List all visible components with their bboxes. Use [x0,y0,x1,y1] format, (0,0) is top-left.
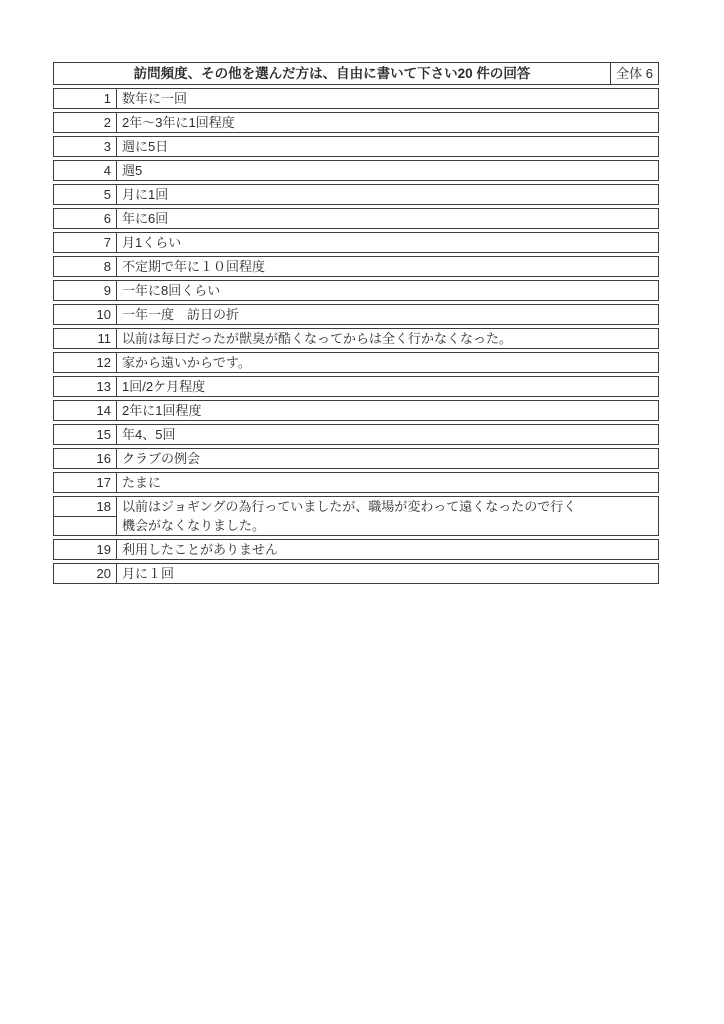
row-number: 19 [54,540,116,559]
row-number-cell: 15 [54,425,117,444]
table-row: 3週に5日 [53,136,659,157]
row-number-cell: 1 [54,89,117,108]
row-text-cell: 以前は毎日だったが獣臭が酷くなってからは全く行かなくなった。 [117,329,658,348]
table-row: 10一年一度 訪日の折 [53,304,659,325]
table-row: 142年に1回程度 [53,400,659,421]
response-text: 一年に8回くらい [122,281,658,300]
row-number: 4 [54,161,116,180]
row-number-cell: 17 [54,473,117,492]
row-number: 6 [54,209,116,228]
row-number-cell: 12 [54,353,117,372]
table-row: 8不定期で年に１０回程度 [53,256,659,277]
table-row: 131回/2ケ月程度 [53,376,659,397]
response-text: 年に6回 [122,209,658,228]
response-text: クラブの例会 [122,449,658,468]
row-number-cell: 3 [54,137,117,156]
response-text: たまに [122,473,658,492]
table-row: 1数年に一回 [53,88,659,109]
row-text-cell: 家から遠いからです。 [117,353,658,372]
response-text: 月1くらい [122,233,658,252]
response-text: 一年一度 訪日の折 [122,305,658,324]
table-row: 16クラブの例会 [53,448,659,469]
row-number-cell: 5 [54,185,117,204]
row-text-cell: 以前はジョギングの為行っていましたが、職場が変わって遠くなったので行く機会がなく… [117,497,658,535]
row-number-cell: 10 [54,305,117,324]
response-text: 以前はジョギングの為行っていましたが、職場が変わって遠くなったので行く [122,497,658,516]
table-header-row: 訪問頻度、その他を選んだ方は、自由に書いて下さい20 件の回答 全体 6 [53,62,659,85]
table-row: 6年に6回 [53,208,659,229]
response-text: 2年〜3年に1回程度 [122,113,658,132]
row-number: 7 [54,233,116,252]
row-number: 12 [54,353,116,372]
row-number-cell: 8 [54,257,117,276]
row-text-cell: たまに [117,473,658,492]
response-text: 家から遠いからです。 [122,353,658,372]
table-row: 5月に1回 [53,184,659,205]
row-text-cell: 2年〜3年に1回程度 [117,113,658,132]
row-number-cell: 7 [54,233,117,252]
row-text-cell: 一年に8回くらい [117,281,658,300]
row-number-cell: 2 [54,113,117,132]
response-text: 数年に一回 [122,89,658,108]
row-number: 13 [54,377,116,396]
row-number: 8 [54,257,116,276]
row-text-cell: 月に1回 [117,185,658,204]
response-text: 年4、5回 [122,425,658,444]
table-row: 17たまに [53,472,659,493]
table-row: 11以前は毎日だったが獣臭が酷くなってからは全く行かなくなった。 [53,328,659,349]
row-text-cell: 1回/2ケ月程度 [117,377,658,396]
table-rows: 1数年に一回22年〜3年に1回程度3週に5日4週55月に1回6年に6回7月1くら… [53,88,659,584]
row-text-cell: 利用したことがありません [117,540,658,559]
row-number [54,517,116,535]
table-header-total-badge: 全体 6 [611,63,658,84]
response-text: 利用したことがありません [122,540,658,559]
row-text-cell: 月に１回 [117,564,658,583]
row-number-cell: 9 [54,281,117,300]
row-text-cell: 数年に一回 [117,89,658,108]
response-text: 週に5日 [122,137,658,156]
row-number: 14 [54,401,116,420]
row-number: 16 [54,449,116,468]
table-row: 12家から遠いからです。 [53,352,659,373]
row-text-cell: 週に5日 [117,137,658,156]
table-row: 7月1くらい [53,232,659,253]
response-text: 1回/2ケ月程度 [122,377,658,396]
row-number: 9 [54,281,116,300]
row-number: 10 [54,305,116,324]
response-text: 月に1回 [122,185,658,204]
row-number: 3 [54,137,116,156]
response-text: 2年に1回程度 [122,401,658,420]
row-number-cell: 14 [54,401,117,420]
table-row: 15年4、5回 [53,424,659,445]
row-text-cell: 年4、5回 [117,425,658,444]
row-text-cell: 年に6回 [117,209,658,228]
row-number: 20 [54,564,116,583]
row-number-cell: 13 [54,377,117,396]
table-row: 18以前はジョギングの為行っていましたが、職場が変わって遠くなったので行く機会が… [53,496,659,536]
row-number-cell: 16 [54,449,117,468]
response-text: 不定期で年に１０回程度 [122,257,658,276]
response-text: 月に１回 [122,564,658,583]
row-number: 15 [54,425,116,444]
row-text-cell: 一年一度 訪日の折 [117,305,658,324]
row-text-cell: 週5 [117,161,658,180]
table-row: 22年〜3年に1回程度 [53,112,659,133]
table-header-title: 訪問頻度、その他を選んだ方は、自由に書いて下さい20 件の回答 [54,63,611,84]
survey-response-table: 訪問頻度、その他を選んだ方は、自由に書いて下さい20 件の回答 全体 6 1数年… [53,62,659,584]
row-text-cell: 2年に1回程度 [117,401,658,420]
row-number: 18 [54,497,116,517]
row-number: 1 [54,89,116,108]
row-number: 11 [54,329,116,348]
table-row: 19利用したことがありません [53,539,659,560]
row-number: 2 [54,113,116,132]
table-row: 4週5 [53,160,659,181]
row-number-cell: 19 [54,540,117,559]
response-text: 週5 [122,161,658,180]
row-text-cell: クラブの例会 [117,449,658,468]
response-text: 機会がなくなりました。 [122,516,658,535]
row-number-cell: 18 [54,497,117,535]
row-number: 5 [54,185,116,204]
row-text-cell: 不定期で年に１０回程度 [117,257,658,276]
row-text-cell: 月1くらい [117,233,658,252]
row-number: 17 [54,473,116,492]
response-text: 以前は毎日だったが獣臭が酷くなってからは全く行かなくなった。 [122,329,658,348]
table-row: 9一年に8回くらい [53,280,659,301]
row-number-cell: 11 [54,329,117,348]
table-row: 20月に１回 [53,563,659,584]
row-number-cell: 6 [54,209,117,228]
row-number-cell: 20 [54,564,117,583]
row-number-cell: 4 [54,161,117,180]
